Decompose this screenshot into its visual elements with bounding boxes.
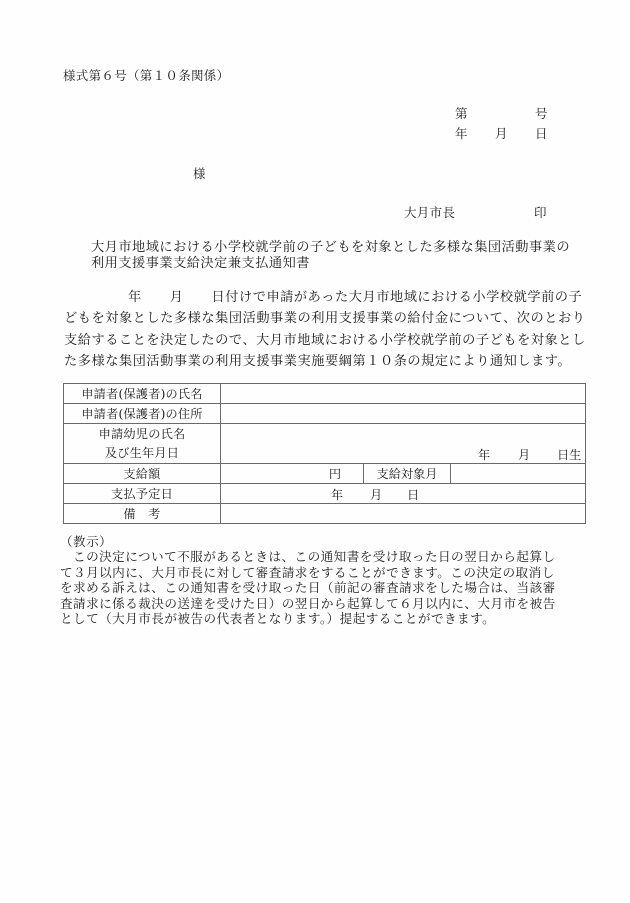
- addressee-honorific: 様: [193, 164, 206, 182]
- body-date-month: 月: [170, 290, 184, 305]
- appeal-notice: （教示） この決定について不服があるときは、この通知書を受け取った日の翌日から起…: [60, 534, 590, 626]
- remarks-field[interactable]: [221, 504, 586, 524]
- body-line-2: どもを対象とした多様な集団活動事業の利用支援事業の給付金について、次のとおり: [64, 308, 590, 329]
- notice-line-2: て３月以内に、大月市長に対して審査請求をすることができます。この決定の取消し: [60, 565, 590, 580]
- payment-month-unit: 月: [370, 486, 382, 503]
- issue-date-day: 日: [535, 124, 548, 142]
- notice-heading: （教示）: [60, 534, 590, 549]
- child-info-field[interactable]: 年 月 日生: [221, 424, 586, 464]
- remarks-label: 備 考: [64, 504, 221, 524]
- seal-mark: 印: [534, 203, 547, 221]
- doc-number-suffix: 号: [535, 104, 548, 122]
- document-title-line-2: 利用支援事業支給決定兼支払通知書: [91, 252, 310, 271]
- notice-line-1: この決定について不服があるときは、この通知書を受け取った日の翌日から起算し: [60, 549, 590, 564]
- payment-day-unit: 日: [407, 486, 419, 503]
- payment-date-field[interactable]: 年 月 日: [221, 484, 586, 504]
- birth-year-unit: 年: [478, 446, 490, 463]
- table-row-remarks: 備 考: [64, 504, 586, 524]
- notice-line-4: 査請求に係る裁決の送達を受けた日）の翌日から起算して６月以内に、大月市を被告: [60, 596, 590, 611]
- applicant-name-field[interactable]: [221, 384, 586, 404]
- notice-line-3: を求める訴えは、この通知書を受け取った日（前記の審査請求をした場合は、当該審: [60, 580, 590, 595]
- birth-day-unit: 日生: [557, 446, 581, 463]
- payment-date-label: 支払予定日: [64, 484, 221, 504]
- doc-number-prefix: 第: [455, 104, 468, 122]
- body-line-3: 支給することを決定したので、大月市地域における小学校就学前の子どもを対象とし: [64, 330, 590, 351]
- applicant-name-label: 申請者(保護者)の氏名: [64, 384, 221, 404]
- issue-date-year: 年: [455, 124, 468, 142]
- notice-line-5: として（大月市長が被告の代表者となります。）提起することができます。: [60, 611, 590, 626]
- issuer-name: 大月市長: [404, 203, 455, 221]
- applicant-address-field[interactable]: [221, 404, 586, 424]
- birth-month-unit: 月: [518, 446, 530, 463]
- table-row-applicant-address: 申請者(保護者)の住所: [64, 404, 586, 424]
- payment-amount-field[interactable]: 円: [221, 464, 364, 484]
- child-info-label: 申請幼児の氏名 及び生年月日: [64, 424, 221, 464]
- payment-amount-label: 支給額: [64, 464, 221, 484]
- table-row-applicant-name: 申請者(保護者)の氏名: [64, 384, 586, 404]
- notification-body: 年月日付けで申請があった大月市地域における小学校就学前の子 どもを対象とした多様…: [64, 287, 590, 372]
- applicant-address-label: 申請者(保護者)の住所: [64, 404, 221, 424]
- payment-year-unit: 年: [331, 486, 343, 503]
- form-number: 様式第６号（第１０条関係）: [63, 66, 229, 84]
- target-month-field[interactable]: [451, 464, 586, 484]
- target-month-label: 支給対象月: [364, 464, 451, 484]
- body-line-4: た多様な集団活動事業の利用支援事業実施要綱第１０条の規定により通知します。: [64, 351, 590, 372]
- issue-date-month: 月: [495, 124, 508, 142]
- table-row-child-info: 申請幼児の氏名 及び生年月日 年 月 日生: [64, 424, 586, 464]
- yen-unit: 円: [329, 467, 341, 481]
- table-row-payment-date: 支払予定日 年 月 日: [64, 484, 586, 504]
- body-date-year: 年: [128, 290, 142, 305]
- payment-details-table: 申請者(保護者)の氏名 申請者(保護者)の住所 申請幼児の氏名 及び生年月日 年…: [63, 383, 586, 524]
- body-line-1: 年月日付けで申請があった大月市地域における小学校就学前の子: [64, 287, 590, 308]
- table-row-payment-amount: 支給額 円 支給対象月: [64, 464, 586, 484]
